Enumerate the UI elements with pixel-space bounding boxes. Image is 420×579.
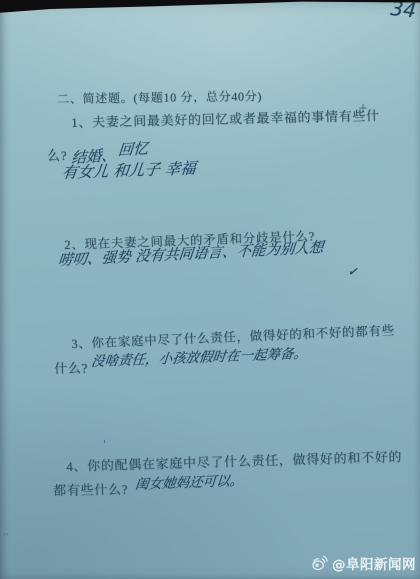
- watermark: @阜阳新闻网: [310, 553, 416, 573]
- stray-dot-mark: ': [103, 438, 106, 452]
- answer-1-handwriting: 有女儿 和儿子 幸福: [61, 159, 197, 183]
- question-3-text-wrap: 什么?: [54, 360, 88, 377]
- question-4-text: 4、你的配偶在家庭中尽了什么责任，做得好的和不好的: [66, 449, 402, 475]
- exam-paper-photo: 34 + 二、简述题。(每题10 分，总分40分) 1、夫妻之间最美好的回忆或者…: [0, 0, 420, 579]
- weibo-icon: [310, 555, 328, 571]
- section-header: 二、简述题。(每题10 分，总分40分): [57, 89, 262, 107]
- page-number: 34: [389, 0, 417, 24]
- question-1-text: 1、夫妻之间最美好的回忆或者最幸福的事情有些什: [71, 108, 380, 131]
- answer-4-handwriting: 闺女她妈还可以。: [134, 473, 244, 494]
- question-1-text-wrap: 么?: [47, 148, 67, 164]
- questionnaire-paper: 34 + 二、简述题。(每题10 分，总分40分) 1、夫妻之间最美好的回忆或者…: [0, 0, 420, 579]
- edge-smudge-mark: '': [3, 532, 9, 545]
- answer-1-handwriting: 回忆: [117, 139, 149, 159]
- question-4-text-wrap: 都有些什么?: [53, 482, 128, 500]
- grader-checkmark: ✓: [346, 264, 360, 282]
- watermark-text: @阜阳新闻网: [332, 553, 416, 573]
